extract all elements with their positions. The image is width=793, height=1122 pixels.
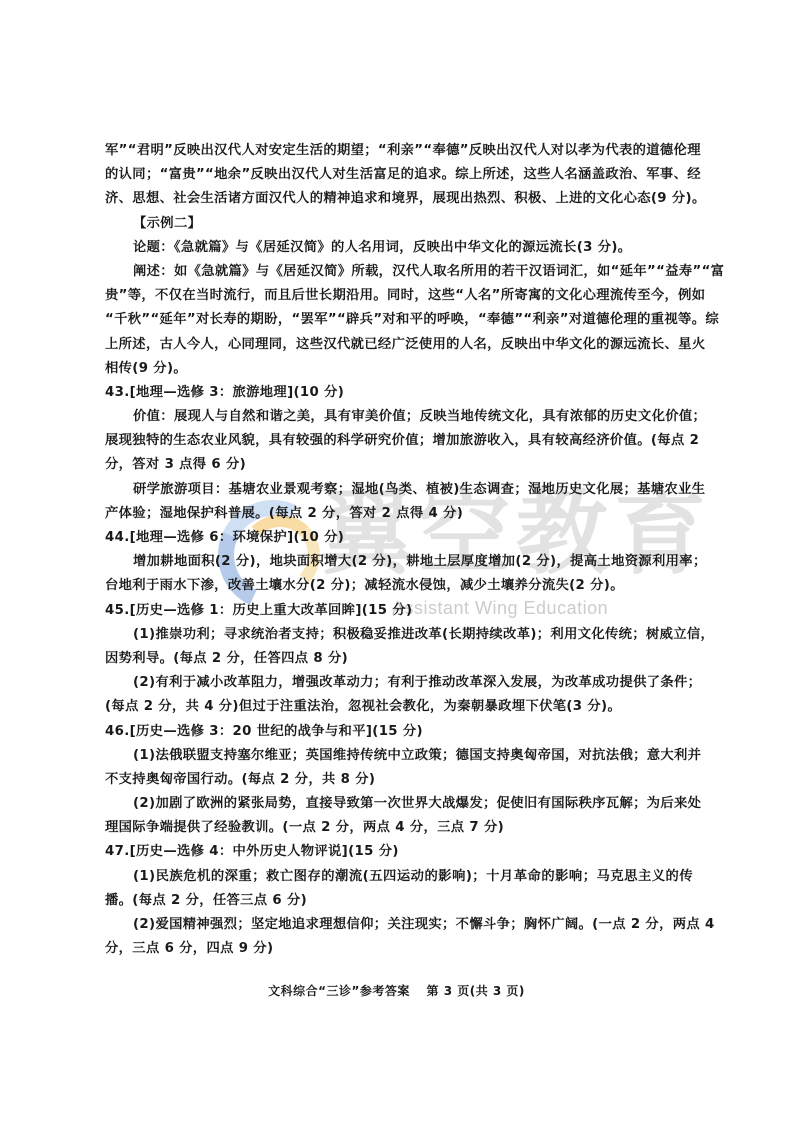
text-line: (2)加剧了欧洲的紧张局势，直接导致第一次世界大战爆发；促使旧有国际秩序瓦解；为… [105, 792, 693, 816]
text-line: 分，答对 3 点得 6 分) [105, 453, 693, 477]
text-line: 增加耕地面积(2 分)，地块面积增大(2 分)，耕地土层厚度增加(2 分)，提高… [105, 550, 693, 574]
text-line: 济、思想、社会生活诸方面汉代人的精神追求和境界，展现出热烈、积极、上进的文化心态… [105, 187, 693, 211]
text-line: 相传(9 分)。 [105, 357, 693, 381]
text-line: 阐述：如《急就篇》与《居延汉简》所载，汉代人取名所用的若干汉语词汇，如“延年”“… [105, 260, 693, 284]
answer-key-body: 军”“君明”反映出汉代人对安定生活的期望；“利亲”“奉德”反映出汉代人对以孝为代… [105, 139, 693, 961]
text-line: 43.[地理—选修 3：旅游地理](10 分) [105, 381, 693, 405]
text-line: (1)法俄联盟支持塞尔维亚；英国维持传统中立政策；德国支持奥匈帝国，对抗法俄；意… [105, 744, 693, 768]
text-line: 44.[地理—选修 6：环境保护](10 分) [105, 526, 693, 550]
text-line: 研学旅游项目：基塘农业景观考察；湿地(鸟类、植被)生态调查；湿地历史文化展；基塘… [105, 478, 693, 502]
text-line: (每点 2 分，共 4 分)但过于注重法治，忽视社会教化，为秦朝暴政埋下伏笔(3… [105, 695, 693, 719]
text-line: 贵”等，不仅在当时流行，而且后世长期沿用。同时，这些“人名”所寄寓的文化心理流传… [105, 284, 693, 308]
text-line: 因势利导。(每点 2 分，任答四点 8 分) [105, 647, 693, 671]
text-line: (2)爱国精神强烈；坚定地追求理想信仰；关注现实；不懈斗争；胸怀广阔。(一点 2… [105, 913, 693, 937]
text-line: 【示例二】 [105, 212, 693, 236]
text-line: 分，三点 6 分，四点 9 分) [105, 937, 693, 961]
page-footer: 文科综合“三诊”参考答案 第 3 页(共 3 页) [0, 982, 793, 999]
text-line: 的认同；“富贵”“地余”反映出汉代人对生活富足的追求。综上所述，这些人名涵盖政治… [105, 163, 693, 187]
text-line: 论题：《急就篇》与《居延汉简》的人名用词，反映出中华文化的源远流长(3 分)。 [105, 236, 693, 260]
text-line: (1)推崇功利；寻求统治者支持；积极稳妥推进改革(长期持续改革)；利用文化传统；… [105, 623, 693, 647]
text-line: 理国际争端提供了经验教训。(一点 2 分，两点 4 分，三点 7 分) [105, 816, 693, 840]
text-line: (2)有利于减小改革阻力，增强改革动力；有利于推动改革深入发展，为改革成功提供了… [105, 671, 693, 695]
text-line: 45.[历史—选修 1：历史上重大改革回眸](15 分) [105, 599, 693, 623]
text-line: 台地利于雨水下渗，改善土壤水分(2 分)；减轻流水侵蚀，减少土壤养分流失(2 分… [105, 574, 693, 598]
text-line: 展现独特的生态农业风貌，具有较强的科学研究价值；增加旅游收入，具有较高经济价值。… [105, 429, 693, 453]
text-line: 上所述，古人今人，心同理同，这些汉代就已经广泛使用的人名，反映出中华文化的源远流… [105, 333, 693, 357]
text-line: 播。(每点 2 分，任答三点 6 分) [105, 889, 693, 913]
text-line: 47.[历史—选修 4：中外历史人物评说](15 分) [105, 840, 693, 864]
text-line: 军”“君明”反映出汉代人对安定生活的期望；“利亲”“奉德”反映出汉代人对以孝为代… [105, 139, 693, 163]
text-line: 46.[历史—选修 3：20 世纪的战争与和平](15 分) [105, 720, 693, 744]
text-line: 产体验；湿地保护科普展。(每点 2 分，答对 2 点得 4 分) [105, 502, 693, 526]
text-line: (1)民族危机的深重；救亡图存的潮流(五四运动的影响)；十月革命的影响；马克思主… [105, 865, 693, 889]
text-line: 价值：展现人与自然和谐之美，具有审美价值；反映当地传统文化，具有浓郁的历史文化价… [105, 405, 693, 429]
text-line: 不支持奥匈帝国行动。(每点 2 分，共 8 分) [105, 768, 693, 792]
footer-page-number: 第 3 页(共 3 页) [427, 984, 525, 998]
footer-title: 文科综合“三诊”参考答案 [268, 984, 410, 998]
text-line: “千秋”“延年”对长寿的期盼，“罢军”“辟兵”对和平的呼唤，“奉德”“利亲”对道… [105, 308, 693, 332]
